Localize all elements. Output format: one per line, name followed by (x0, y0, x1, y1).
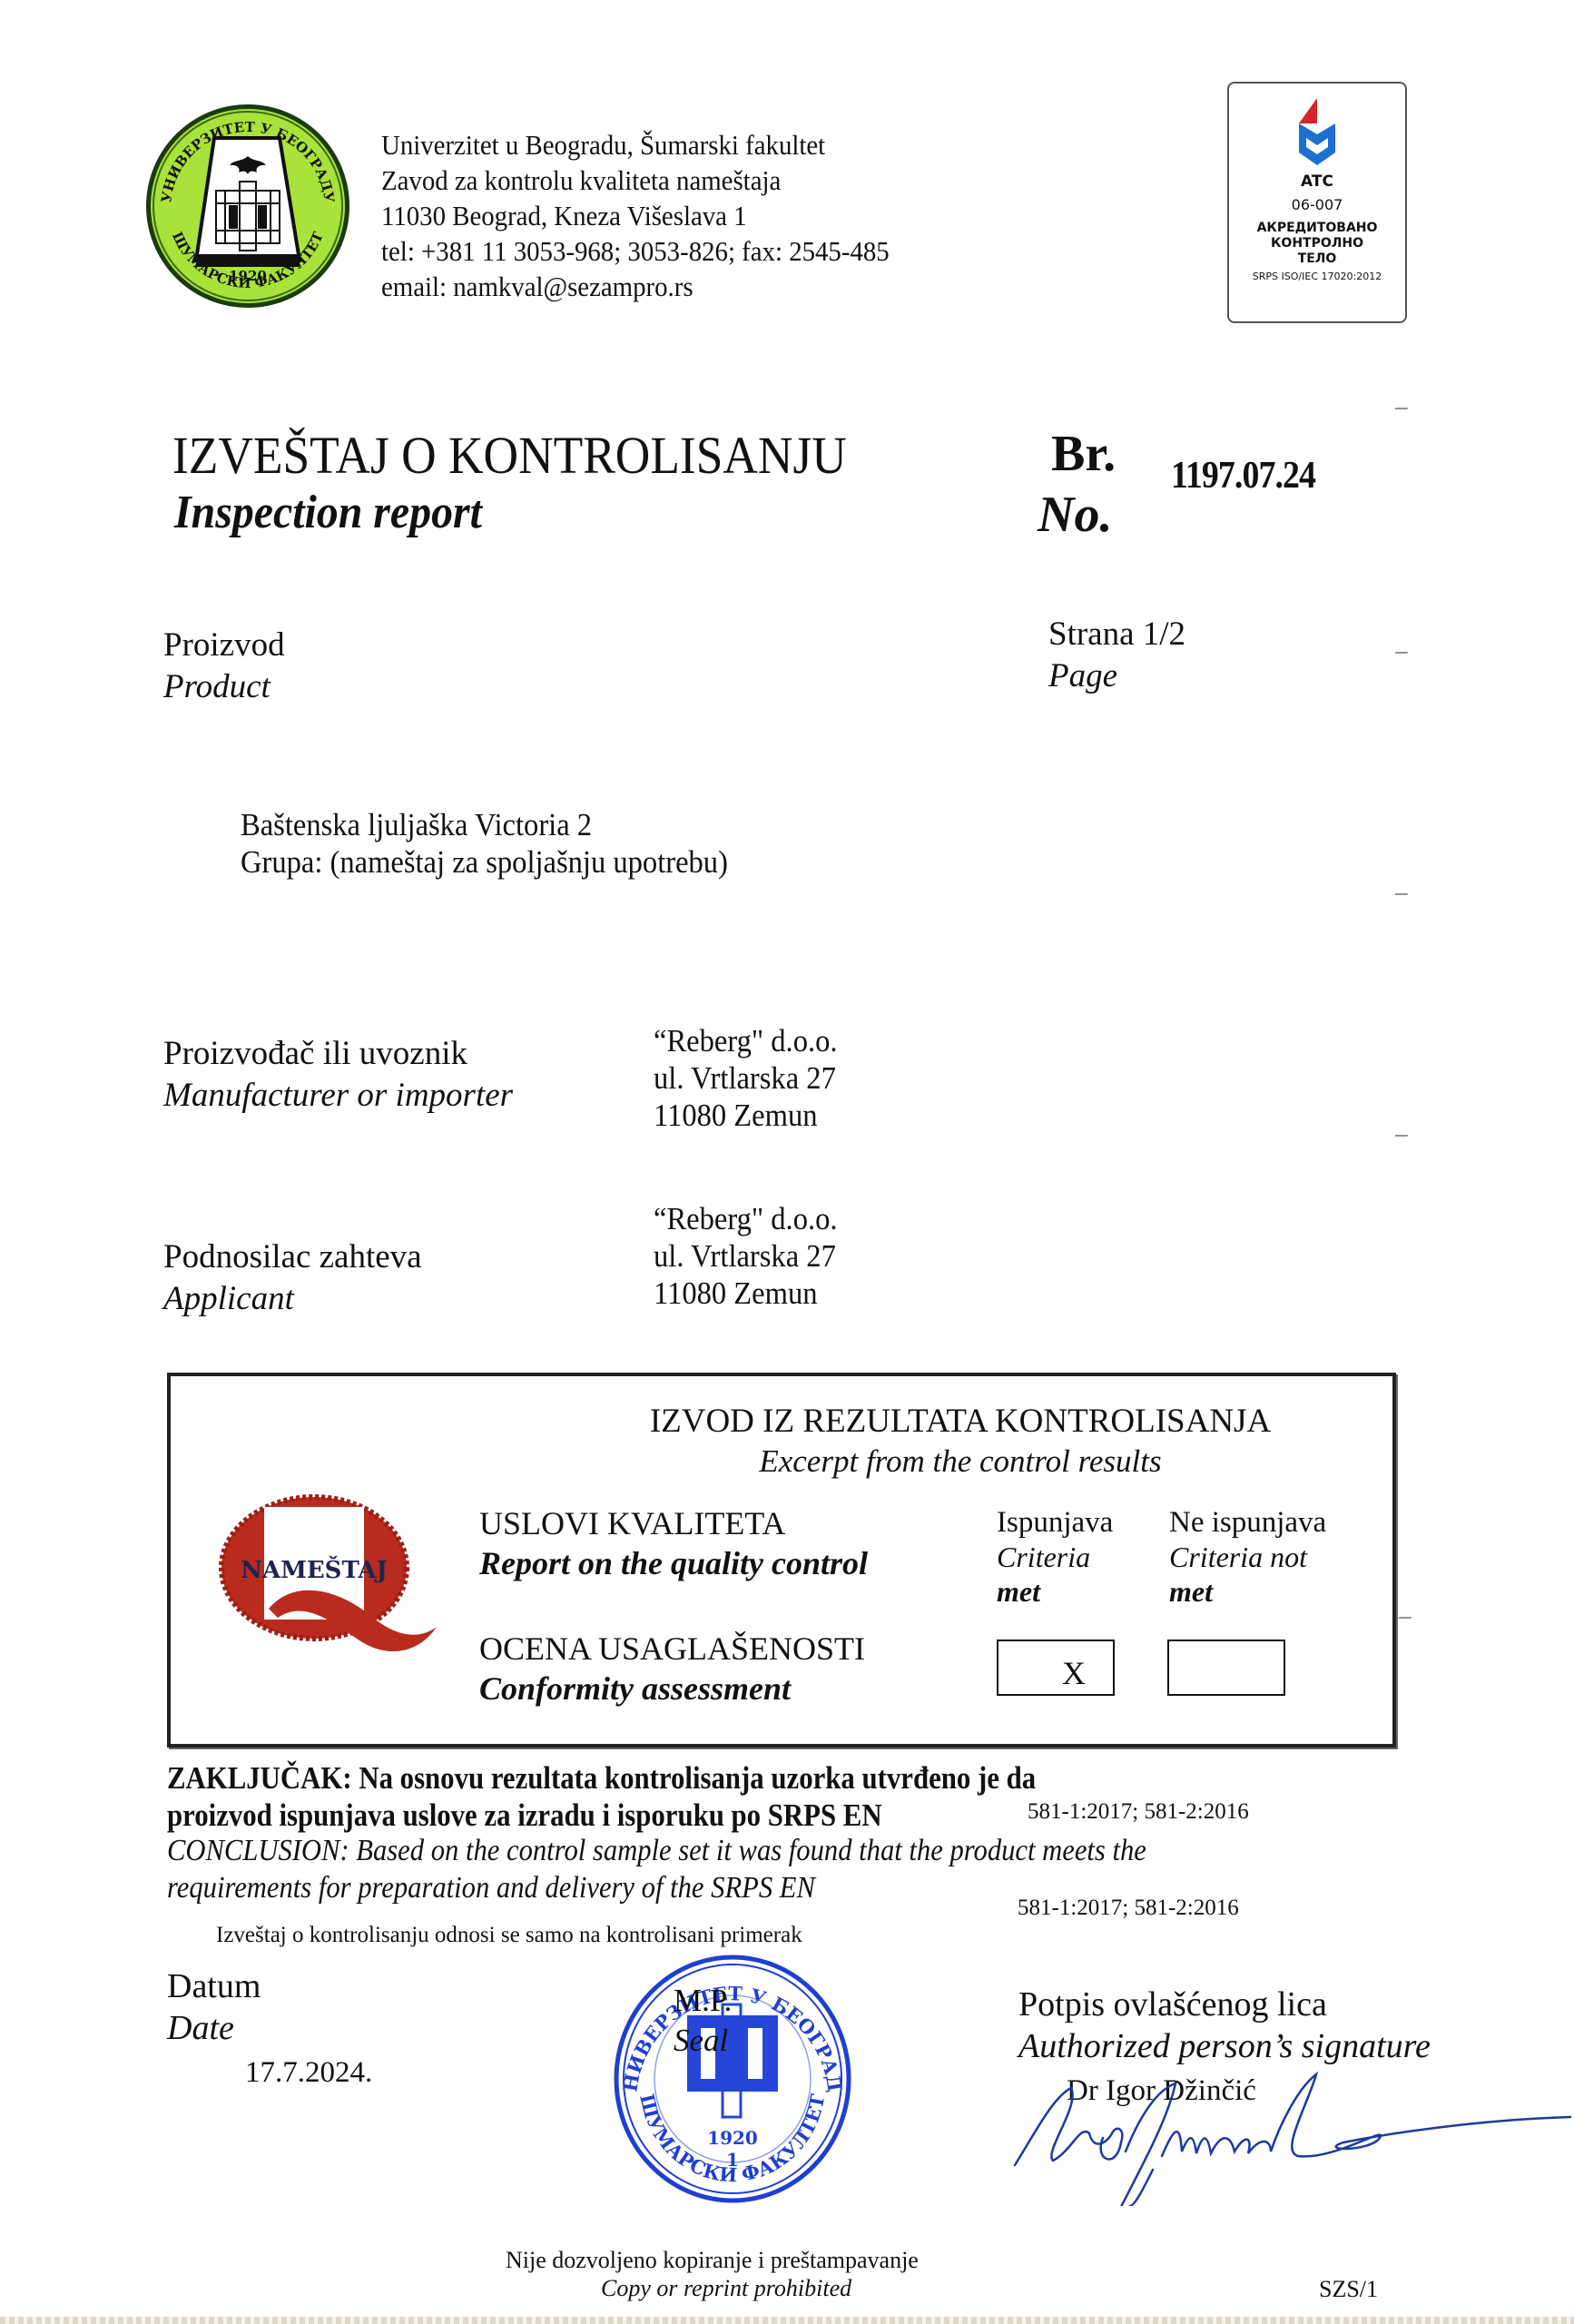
applicant-street: ul. Vrtlarska 27 (654, 1237, 838, 1275)
applicant-city: 11080 Zemun (654, 1275, 838, 1312)
manufacturer-name: “Reberg" d.o.o. (654, 1022, 838, 1059)
conclusion-en: CONCLUSION: Based on the control sample … (167, 1832, 1146, 1906)
issue-date: 17.7.2024. (245, 2056, 372, 2090)
quality-conditions-label: USLOVI KVALITETA Report on the quality c… (479, 1503, 868, 1583)
report-number: 1197.07.24 (1171, 454, 1315, 497)
product-group: Grupa: (nameštaj za spoljašnju upotrebu) (241, 843, 728, 881)
atc-logo-icon (1290, 96, 1344, 169)
report-title-en: Inspection report (174, 486, 482, 539)
conclusion-en-line: requirements for preparation and deliver… (167, 1869, 1146, 1906)
org-email: email: namkval@sezampro.rs (381, 269, 890, 304)
conclusion-sr-line: proizvod ispunjava uslove za izradu i is… (167, 1797, 1036, 1834)
scan-mark (1393, 652, 1409, 656)
conclusion-sr-line: ZAKLJUČAK: Na osnovu rezultata kontrolis… (167, 1759, 1036, 1797)
report-title: IZVEŠTAJ O KONTROLISANJU (172, 425, 847, 486)
seal-label-en: Seal (674, 2021, 732, 2061)
criteria-met-header: Ispunjava Criteria met (997, 1505, 1113, 1609)
official-seal-icon: УНИВЕРЗИТЕТ У БЕОГРАДУ ШУМАРСКИ ФАКУЛТЕТ… (610, 1952, 855, 2206)
applicant-label: Podnosilac zahteva Applicant (163, 1236, 422, 1320)
quality-q-logo-icon: NAMEŠTAJ (214, 1491, 441, 1663)
results-subtitle: Excerpt from the control results (615, 1443, 1305, 1480)
copy-notice: Nije dozvoljeno kopiranje i preštampavan… (506, 2247, 919, 2274)
conformity-label-en: Conformity assessment (479, 1669, 865, 1709)
results-title: IZVOD IZ REZULTATA KONTROLISANJA (615, 1402, 1305, 1441)
org-name: Univerzitet u Beogradu, Šumarski fakulte… (381, 127, 890, 162)
seal-label-sr: M.P. (674, 1981, 732, 2021)
criteria-not-met-en: Criteria not (1169, 1540, 1326, 1574)
accreditation-badge: ATC 06-007 АКРЕДИТОВАНО КОНТРОЛНО ТЕЛО S… (1227, 82, 1407, 323)
criteria-not-met-header: Ne ispunjava Criteria not met (1169, 1505, 1326, 1609)
standards-reference-en: 581-1:2017; 581-2:2016 (1018, 1896, 1239, 1921)
university-seal-icon: 1920 УНИВЕРЗИТЕТ У БЕОГРАДУ ШУМАРСКИ ФАК… (143, 102, 352, 310)
org-department: Zavod za kontrolu kvaliteta nameštaja (381, 162, 890, 198)
applicant-label-en: Applicant (163, 1278, 422, 1320)
atc-text-line: ТЕЛО (1229, 251, 1405, 267)
manufacturer-street: ul. Vrtlarska 27 (654, 1059, 838, 1097)
manufacturer-city: 11080 Zemun (654, 1097, 838, 1134)
criteria-not-met-checkbox[interactable] (1167, 1640, 1285, 1696)
conclusion-sr: ZAKLJUČAK: Na osnovu rezultata kontrolis… (167, 1759, 1036, 1834)
product-name: Baštenska ljuljaška Victoria 2 (241, 806, 728, 843)
manufacturer-label-sr: Proizvođač ili uvoznik (163, 1033, 513, 1075)
standards-reference: 581-1:2017; 581-2:2016 (1028, 1799, 1249, 1825)
atc-standard: SRPS ISO/IEC 17020:2012 (1229, 271, 1405, 282)
signature-label: Potpis ovlašćenog lica Authorized person… (1018, 1984, 1431, 2067)
scan-mark (1393, 1135, 1409, 1139)
scan-mark (1393, 893, 1409, 898)
manufacturer-label: Proizvođač ili uvoznik Manufacturer or i… (163, 1033, 513, 1117)
criteria-not-met-sr: Ne ispunjava (1169, 1505, 1326, 1540)
page-label-en: Page (1048, 655, 1185, 697)
signature-label-sr: Potpis ovlašćenog lica (1018, 1984, 1431, 2025)
form-code: SZS/1 (1319, 2276, 1378, 2303)
applicant-name: “Reberg" d.o.o. (654, 1200, 838, 1237)
seal-label: M.P. Seal (674, 1981, 732, 2061)
copy-notice-en: Copy or reprint prohibited (601, 2275, 851, 2302)
criteria-met-checkbox[interactable]: X (997, 1640, 1115, 1696)
criteria-met-en: Criteria (997, 1540, 1113, 1574)
page-indicator: Strana 1/2 Page (1048, 614, 1185, 697)
number-label-en: No. (1038, 486, 1112, 544)
quality-label-en: Report on the quality control (479, 1543, 868, 1583)
page-edge (0, 2317, 1574, 2324)
quality-label-sr: USLOVI KVALITETA (479, 1503, 868, 1543)
results-excerpt-box: IZVOD IZ REZULTATA KONTROLISANJA Excerpt… (167, 1373, 1396, 1748)
atc-code: 06-007 (1229, 196, 1405, 213)
scan-mark (1393, 408, 1409, 412)
svg-text:1: 1 (726, 2149, 739, 2171)
handwritten-signature-icon (1008, 2070, 1574, 2206)
date-label-sr: Datum (167, 1965, 261, 2007)
page-label-sr: Strana 1/2 (1048, 614, 1185, 655)
scan-mark (1397, 1617, 1412, 1621)
criteria-met-sr: Ispunjava (997, 1505, 1113, 1540)
org-phone: tel: +381 11 3053-968; 3053-826; fax: 25… (381, 233, 890, 269)
svg-text:NAMEŠTAJ: NAMEŠTAJ (241, 1555, 388, 1584)
product-label: Proizvod Product (163, 625, 285, 708)
org-address: 11030 Beograd, Kneza Višeslava 1 (381, 198, 890, 233)
atc-name: ATC (1229, 172, 1405, 191)
criteria-met-en-2: met (997, 1574, 1113, 1609)
applicant-label-sr: Podnosilac zahteva (163, 1236, 422, 1278)
svg-text:1920: 1920 (707, 2127, 758, 2149)
atc-text-line: АКРЕДИТОВАНО (1229, 221, 1405, 236)
applicant-value: “Reberg" d.o.o. ul. Vrtlarska 27 11080 Z… (654, 1200, 838, 1312)
conformity-assessment-label: OCENA USAGLAŠENOSTI Conformity assessmen… (479, 1629, 865, 1709)
conclusion-en-line: CONCLUSION: Based on the control sample … (167, 1832, 1146, 1869)
conformity-label-sr: OCENA USAGLAŠENOSTI (479, 1629, 865, 1669)
organization-info: Univerzitet u Beogradu, Šumarski fakulte… (381, 127, 890, 304)
number-label: Br. (1051, 425, 1116, 483)
manufacturer-value: “Reberg" d.o.o. ul. Vrtlarska 27 11080 Z… (654, 1022, 838, 1134)
criteria-not-met-en-2: met (1169, 1574, 1326, 1609)
product-label-sr: Proizvod (163, 625, 285, 666)
signature-label-en: Authorized person’s signature (1018, 2025, 1431, 2067)
date-label-en: Date (167, 2007, 261, 2049)
product-label-en: Product (163, 666, 285, 708)
date-label: Datum Date (167, 1965, 261, 2049)
manufacturer-label-en: Manufacturer or importer (163, 1075, 513, 1117)
scope-note: Izveštaj o kontrolisanju odnosi se samo … (216, 1923, 802, 1948)
atc-text-line: КОНТРОЛНО (1229, 236, 1405, 251)
product-value: Baštenska ljuljaška Victoria 2 Grupa: (n… (241, 806, 728, 881)
